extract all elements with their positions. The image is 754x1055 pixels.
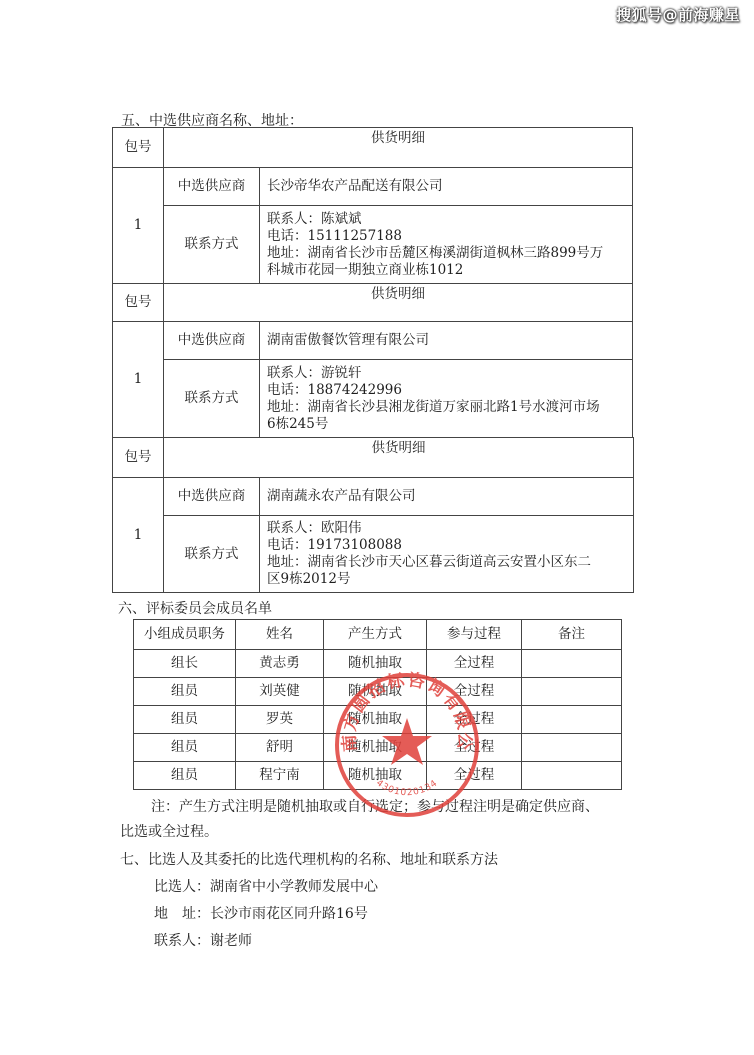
contact-address-line1: 地址：湖南省长沙县湘龙街道万家丽北路1号水渡河市场 [267,399,626,416]
committee-table: 小组成员职务 姓名 产生方式 参与过程 备注 组长 黄志勇 随机抽取 全过程 组… [133,619,622,790]
table-row: 组员 罗英 随机抽取 全过程 [134,706,622,734]
package-label: 包号 [113,438,164,478]
cell-remarks [522,706,622,734]
cell-remarks [522,650,622,678]
cell-remarks [522,678,622,706]
cell-role: 组员 [134,678,236,706]
contact-label: 联系方式 [164,360,260,438]
cell-role: 组员 [134,734,236,762]
header-role: 小组成员职务 [134,620,236,650]
cell-name: 舒明 [236,734,324,762]
header-process: 参与过程 [427,620,522,650]
package-number: 1 [113,478,164,593]
section7-title: 七、比选人及其委托的比选代理机构的名称、地址和联系方法 [120,849,498,869]
buyer-name: 比选人：湖南省中小学教师发展中心 [154,876,378,896]
supplier-label: 中选供应商 [164,478,260,516]
cell-name: 程宁南 [236,762,324,790]
supplier-table-3: 包号 供货明细 1 中选供应商 湖南蔬永农产品有限公司 联系方式 联系人：欧阳伟… [112,437,634,593]
cell-method: 随机抽取 [324,678,427,706]
buyer-contact: 联系人：谢老师 [154,930,252,950]
cell-name: 刘英健 [236,678,324,706]
section6-title: 六、评标委员会成员名单 [118,598,272,618]
supplier-name: 长沙帝华农产品配送有限公司 [260,168,633,206]
package-number: 1 [113,168,164,284]
cell-role: 组员 [134,762,236,790]
supplier-label: 中选供应商 [164,322,260,360]
contact-address-line2: 科城市花园一期独立商业栋1012 [267,262,626,279]
cell-method: 随机抽取 [324,650,427,678]
document-page: 搜狐号@前海赚星 五、中选供应商名称、地址： 包号 供货明细 1 中选供应商 长… [0,0,754,1055]
contact-person: 联系人：陈斌斌 [267,211,626,228]
cell-process: 全过程 [427,678,522,706]
cell-method: 随机抽取 [324,762,427,790]
table-row: 组员 程宁南 随机抽取 全过程 [134,762,622,790]
table-row: 组员 刘英健 随机抽取 全过程 [134,678,622,706]
contact-phone: 电话：18874242996 [267,382,626,399]
cell-name: 黄志勇 [236,650,324,678]
supplier-name: 湖南蔬永农产品有限公司 [260,478,634,516]
cell-role: 组长 [134,650,236,678]
contact-label: 联系方式 [164,206,260,284]
note-line1: 注：产生方式注明是随机抽取或自行选定；参与过程注明是确定供应商、 [151,796,599,816]
cell-process: 全过程 [427,762,522,790]
contact-address-line2: 区9栋2012号 [267,571,627,588]
header-name: 姓名 [236,620,324,650]
package-number: 1 [113,322,164,438]
cell-remarks [522,734,622,762]
cell-remarks [522,762,622,790]
detail-label: 供货明细 [164,128,633,168]
table-row: 组长 黄志勇 随机抽取 全过程 [134,650,622,678]
cell-name: 罗英 [236,706,324,734]
buyer-address: 地 址：长沙市雨花区同升路16号 [154,903,368,923]
contact-details: 联系人：游锐轩 电话：18874242996 地址：湖南省长沙县湘龙街道万家丽北… [260,360,633,438]
contact-address-line1: 地址：湖南省长沙市天心区暮云街道高云安置小区东二 [267,554,627,571]
cell-process: 全过程 [427,734,522,762]
supplier-name: 湖南雷傲餐饮管理有限公司 [260,322,633,360]
contact-address-line1: 地址：湖南省长沙市岳麓区梅溪湖街道枫林三路899号万 [267,245,626,262]
contact-details: 联系人：陈斌斌 电话：15111257188 地址：湖南省长沙市岳麓区梅溪湖街道… [260,206,633,284]
contact-person: 联系人：游锐轩 [267,365,626,382]
detail-label: 供货明细 [164,438,634,478]
header-remarks: 备注 [522,620,622,650]
cell-process: 全过程 [427,706,522,734]
watermark: 搜狐号@前海赚星 [616,4,740,25]
supplier-label: 中选供应商 [164,168,260,206]
detail-label: 供货明细 [164,284,633,322]
contact-details: 联系人：欧阳伟 电话：19173108088 地址：湖南省长沙市天心区暮云街道高… [260,516,634,593]
cell-method: 随机抽取 [324,706,427,734]
note-line2: 比选或全过程。 [120,821,218,841]
table-row: 组员 舒明 随机抽取 全过程 [134,734,622,762]
cell-method: 随机抽取 [324,734,427,762]
header-method: 产生方式 [324,620,427,650]
contact-address-line2: 6栋245号 [267,416,626,433]
package-label: 包号 [113,284,164,322]
cell-role: 组员 [134,706,236,734]
cell-process: 全过程 [427,650,522,678]
contact-phone: 电话：15111257188 [267,228,626,245]
supplier-table-1: 包号 供货明细 1 中选供应商 长沙帝华农产品配送有限公司 联系方式 联系人：陈… [112,127,633,284]
contact-label: 联系方式 [164,516,260,593]
supplier-table-2: 包号 供货明细 1 中选供应商 湖南雷傲餐饮管理有限公司 联系方式 联系人：游锐… [112,283,633,438]
package-label: 包号 [113,128,164,168]
contact-person: 联系人：欧阳伟 [267,520,627,537]
contact-phone: 电话：19173108088 [267,537,627,554]
